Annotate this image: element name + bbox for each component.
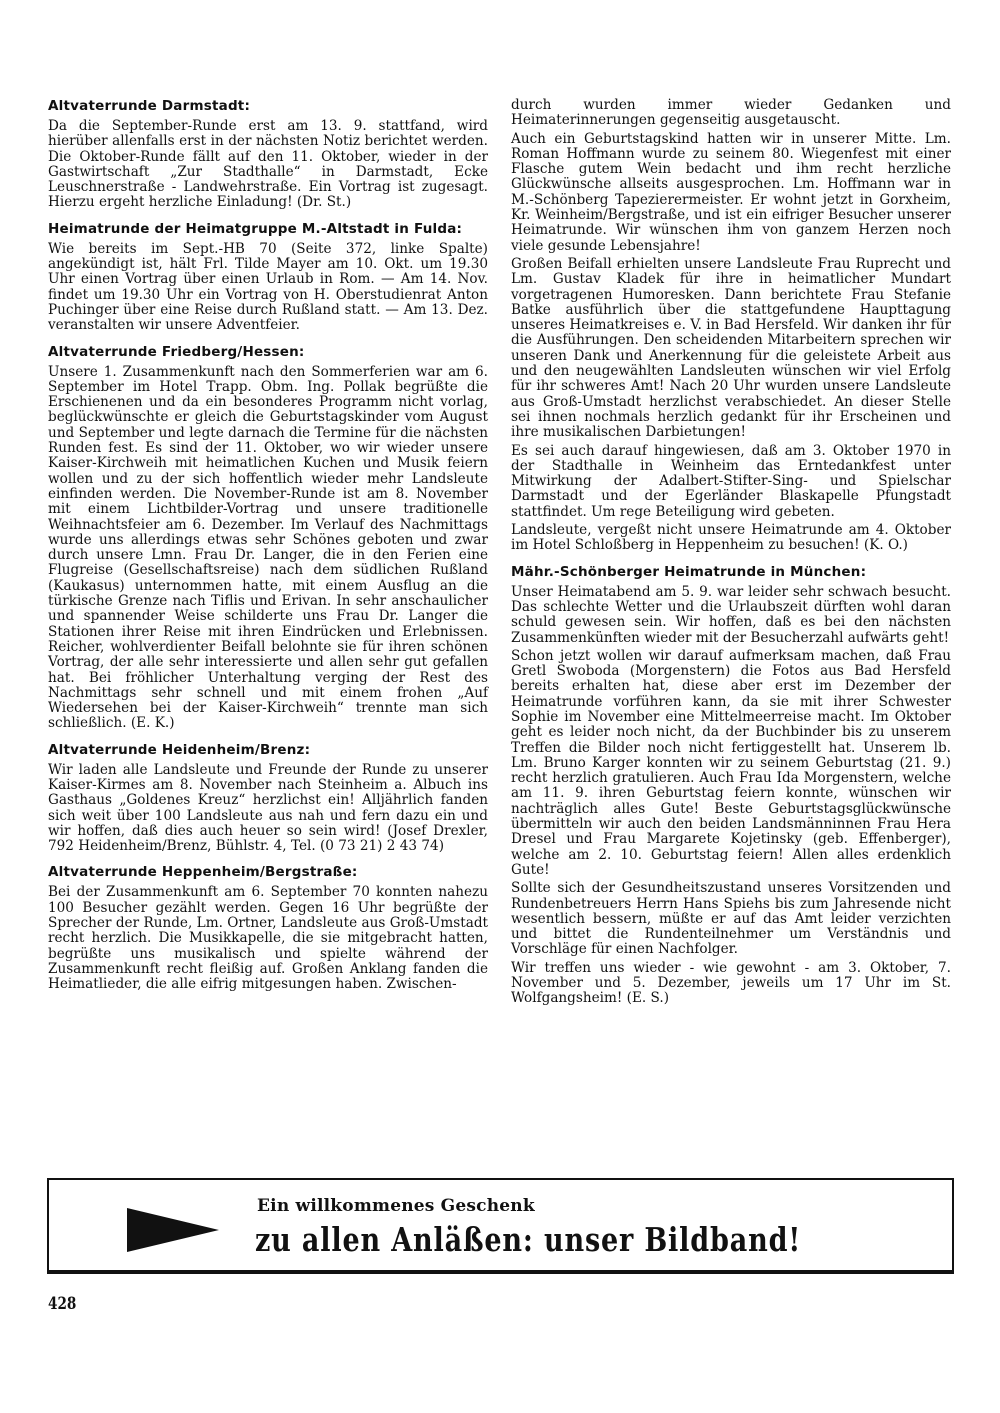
section-heppenheim: Altvaterrunde Heppenheim/Bergstraße: Bei… bbox=[48, 864, 488, 992]
section-heidenheim: Altvaterrunde Heidenheim/Brenz: Wir lade… bbox=[48, 742, 488, 855]
advertisement-tagline: Ein willkommenes Geschenk bbox=[257, 1196, 535, 1216]
section-paragraph: Wir laden alle Landsleute und Freunde de… bbox=[48, 763, 488, 855]
section-paragraph: Landsleute, vergeßt nicht unsere Heimatr… bbox=[511, 523, 951, 554]
section-paragraph: Wie bereits im Sept.-HB 70 (Seite 372, l… bbox=[48, 242, 488, 334]
section-paragraph: Großen Beifall erhielten unsere Landsleu… bbox=[511, 257, 951, 441]
section-heading: Altvaterrunde Darmstadt: bbox=[48, 98, 488, 115]
section-heading: Altvaterrunde Heppenheim/Bergstraße: bbox=[48, 864, 488, 881]
section-heppenheim-continued: durch wurden immer wieder Gedanken und H… bbox=[511, 98, 951, 554]
section-paragraph: Unsere 1. Zusammenkunft nach den Sommerf… bbox=[48, 365, 488, 732]
left-column: Altvaterrunde Darmstadt: Da die Septembe… bbox=[48, 98, 488, 1003]
section-paragraph: Schon jetzt wollen wir darauf aufmerksam… bbox=[511, 649, 951, 878]
advertisement-headline: zu allen Anläßen: unser Bildband! bbox=[255, 1220, 801, 1259]
page-number: 428 bbox=[48, 1294, 76, 1314]
section-heading: Heimatrunde der Heimatgruppe M.-Altstadt… bbox=[48, 221, 488, 238]
section-paragraph: Es sei auch darauf hingewiesen, daß am 3… bbox=[511, 444, 951, 520]
section-muenchen: Mähr.-Schönberger Heimatrunde in München… bbox=[511, 564, 951, 1007]
section-friedberg: Altvaterrunde Friedberg/Hessen: Unsere 1… bbox=[48, 344, 488, 732]
section-heading: Altvaterrunde Heidenheim/Brenz: bbox=[48, 742, 488, 759]
advertisement-box: Ein willkommenes Geschenk zu allen Anläß… bbox=[47, 1178, 954, 1274]
section-paragraph: Wir treffen uns wieder - wie gewohnt - a… bbox=[511, 961, 951, 1007]
section-heading: Mähr.-Schönberger Heimatrunde in München… bbox=[511, 564, 951, 581]
section-darmstadt: Altvaterrunde Darmstadt: Da die Septembe… bbox=[48, 98, 488, 211]
section-paragraph: Unser Heimatabend am 5. 9. war leider se… bbox=[511, 585, 951, 646]
section-heading: Altvaterrunde Friedberg/Hessen: bbox=[48, 344, 488, 361]
arrow-right-icon bbox=[127, 1208, 219, 1252]
section-paragraph: Bei der Zusammenkunft am 6. September 70… bbox=[48, 885, 488, 992]
section-paragraph: Da die September-Runde erst am 13. 9. st… bbox=[48, 119, 488, 211]
document-page: Altvaterrunde Darmstadt: Da die Septembe… bbox=[0, 0, 1000, 1413]
section-paragraph: Auch ein Geburtstagskind hatten wir in u… bbox=[511, 132, 951, 254]
section-paragraph: durch wurden immer wieder Gedanken und H… bbox=[511, 98, 951, 129]
right-column: durch wurden immer wieder Gedanken und H… bbox=[511, 98, 951, 1017]
section-fulda: Heimatrunde der Heimatgruppe M.-Altstadt… bbox=[48, 221, 488, 334]
section-paragraph: Sollte sich der Gesundheitszustand unser… bbox=[511, 881, 951, 957]
